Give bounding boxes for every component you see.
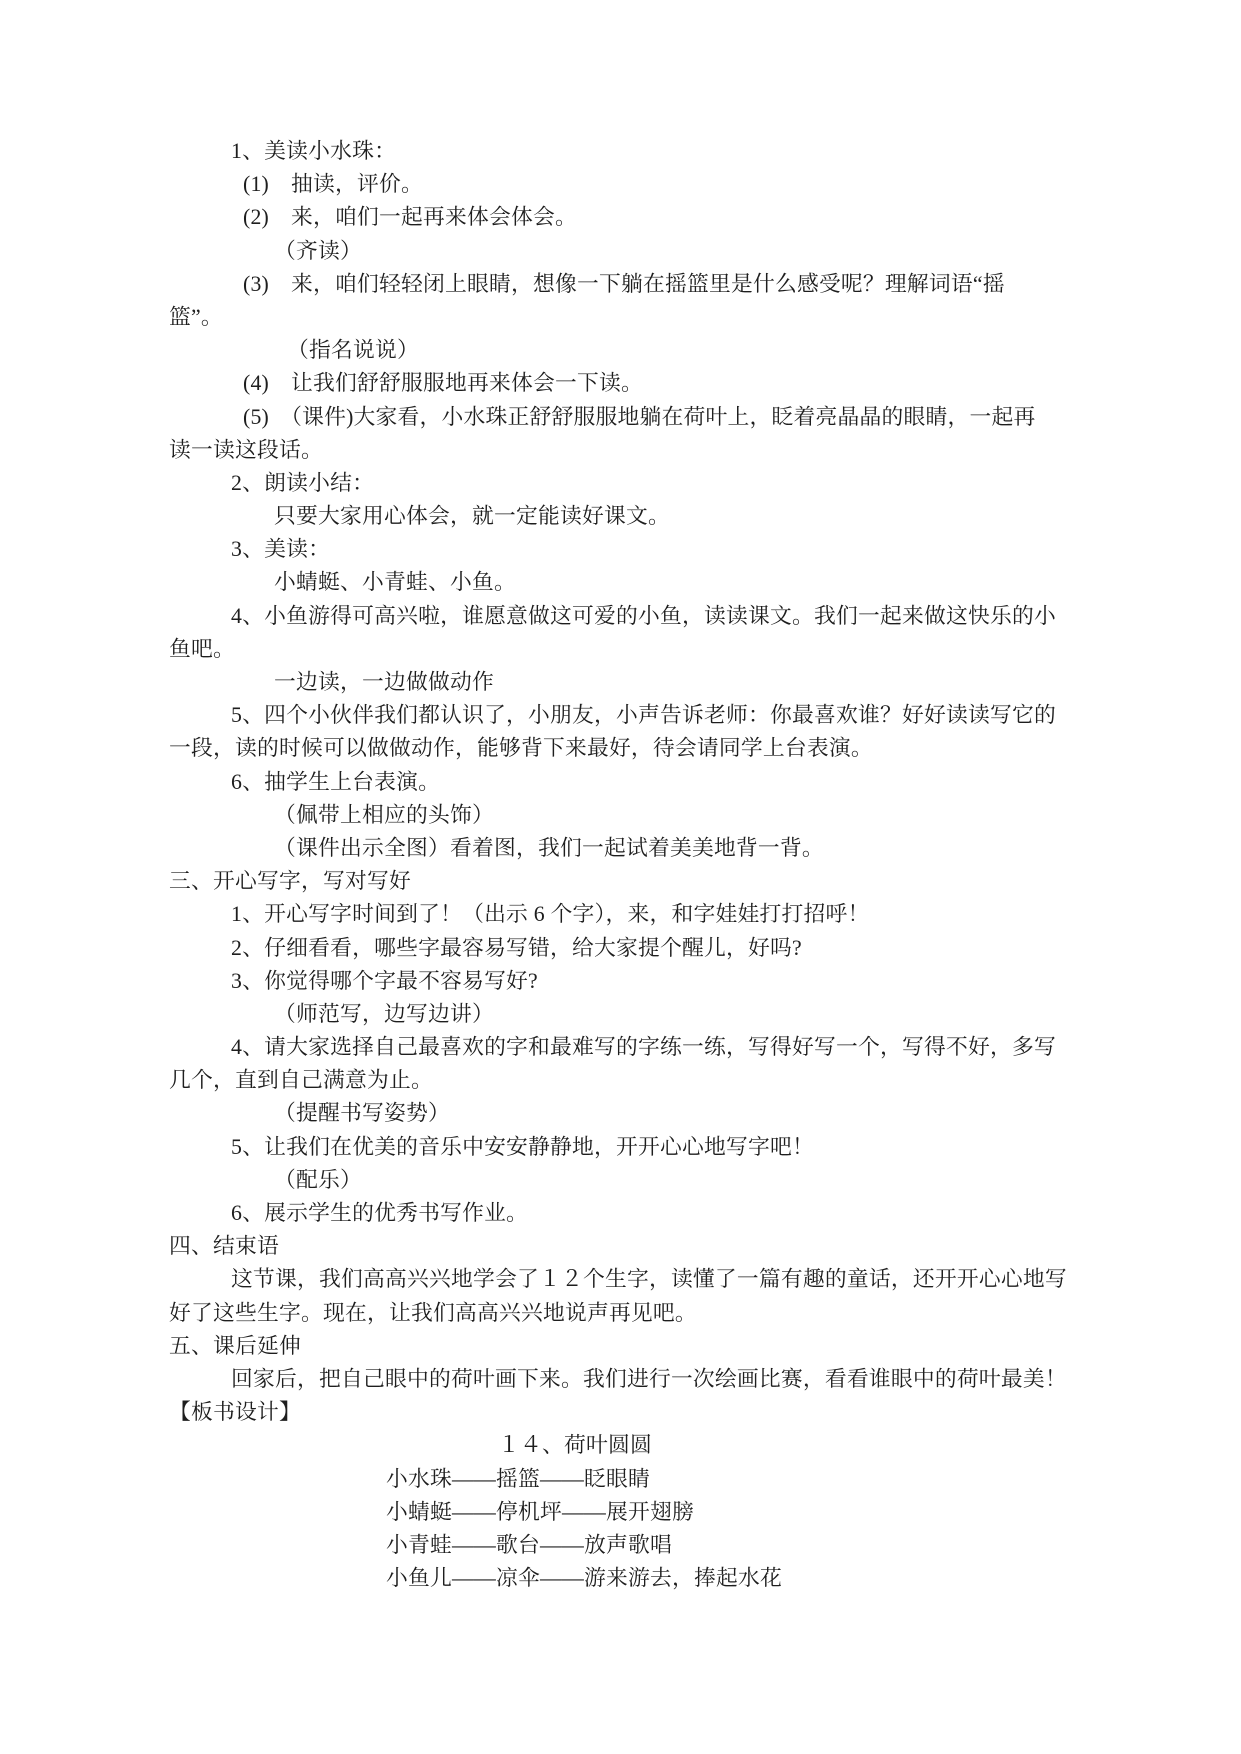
- doc-line: 四、结束语: [169, 1230, 1103, 1263]
- doc-line: 【板书设计】: [169, 1396, 1103, 1429]
- doc-line: 1、美读小水珠：: [169, 135, 1103, 168]
- doc-line: 这节课，我们高高兴兴地学会了１２个生字，读懂了一篇有趣的童话，还开开心心地写: [169, 1263, 1103, 1296]
- doc-line: 小蜻蜓、小青蛙、小鱼。: [169, 566, 1103, 599]
- document-page: 1、美读小水珠：(1) 抽读，评价。(2) 来，咱们一起再来体会体会。（齐读）(…: [0, 0, 1241, 1754]
- doc-line: (5) （课件)大家看，小水珠正舒舒服服地躺在荷叶上，眨着亮晶晶的眼睛，一起再: [169, 401, 1103, 434]
- doc-line: （指名说说）: [169, 334, 1103, 367]
- doc-line: （佩带上相应的头饰）: [169, 799, 1103, 832]
- doc-line: 5、四个小伙伴我们都认识了，小朋友，小声告诉老师：你最喜欢谁？好好读读写它的: [169, 699, 1103, 732]
- board-title: １４、荷叶圆圆: [169, 1429, 1103, 1462]
- doc-line: 2、朗读小结：: [169, 467, 1103, 500]
- board-line: 小水珠——摇篮——眨眼睛: [169, 1463, 1103, 1496]
- doc-line: 2、仔细看看，哪些字最容易写错，给大家提个醒儿，好吗?: [169, 932, 1103, 965]
- doc-line: 一段，读的时候可以做做动作，能够背下来最好，待会请同学上台表演。: [169, 732, 1103, 765]
- doc-line: 好了这些生字。现在，让我们高高兴兴地说声再见吧。: [169, 1297, 1103, 1330]
- board-line: 小青蛙——歌台——放声歌唱: [169, 1529, 1103, 1562]
- doc-line: 回家后，把自己眼中的荷叶画下来。我们进行一次绘画比赛，看看谁眼中的荷叶最美！: [169, 1363, 1103, 1396]
- doc-line: 只要大家用心体会，就一定能读好课文。: [169, 500, 1103, 533]
- doc-line: (1) 抽读，评价。: [169, 168, 1103, 201]
- doc-line: 4、小鱼游得可高兴啦，谁愿意做这可爱的小鱼，读读课文。我们一起来做这快乐的小: [169, 600, 1103, 633]
- doc-line: 鱼吧。: [169, 633, 1103, 666]
- doc-line: 几个，直到自己满意为止。: [169, 1064, 1103, 1097]
- board-line: 小鱼儿——凉伞——游来游去，捧起水花: [169, 1562, 1103, 1595]
- doc-line: （齐读）: [169, 235, 1103, 268]
- doc-line: （配乐）: [169, 1164, 1103, 1197]
- document-body: 1、美读小水珠：(1) 抽读，评价。(2) 来，咱们一起再来体会体会。（齐读）(…: [169, 135, 1103, 1595]
- doc-line: （提醒书写姿势）: [169, 1097, 1103, 1130]
- doc-line: 三、开心写字，写对写好: [169, 865, 1103, 898]
- doc-line: 五、课后延伸: [169, 1330, 1103, 1363]
- board-line: 小蜻蜓——停机坪——展开翅膀: [169, 1496, 1103, 1529]
- doc-line: 读一读这段话。: [169, 434, 1103, 467]
- doc-line: (2) 来，咱们一起再来体会体会。: [169, 201, 1103, 234]
- doc-line: 一边读，一边做做动作: [169, 666, 1103, 699]
- doc-line: （课件出示全图）看着图，我们一起试着美美地背一背。: [169, 832, 1103, 865]
- doc-line: 4、请大家选择自己最喜欢的字和最难写的字练一练，写得好写一个，写得不好，多写: [169, 1031, 1103, 1064]
- doc-line: (4) 让我们舒舒服服地再来体会一下读。: [169, 367, 1103, 400]
- doc-line: 3、你觉得哪个字最不容易写好?: [169, 965, 1103, 998]
- doc-line: 6、展示学生的优秀书写作业。: [169, 1197, 1103, 1230]
- doc-line: （师范写，边写边讲）: [169, 998, 1103, 1031]
- doc-line: 3、美读：: [169, 533, 1103, 566]
- doc-line: (3) 来，咱们轻轻闭上眼睛，想像一下躺在摇篮里是什么感受呢？理解词语“摇: [169, 268, 1103, 301]
- doc-line: 6、抽学生上台表演。: [169, 766, 1103, 799]
- doc-line: 1、开心写字时间到了！（出示 6 个字），来，和字娃娃打打招呼！: [169, 898, 1103, 931]
- doc-line: 篮”。: [169, 301, 1103, 334]
- doc-line: 5、让我们在优美的音乐中安安静静地，开开心心地写字吧！: [169, 1131, 1103, 1164]
